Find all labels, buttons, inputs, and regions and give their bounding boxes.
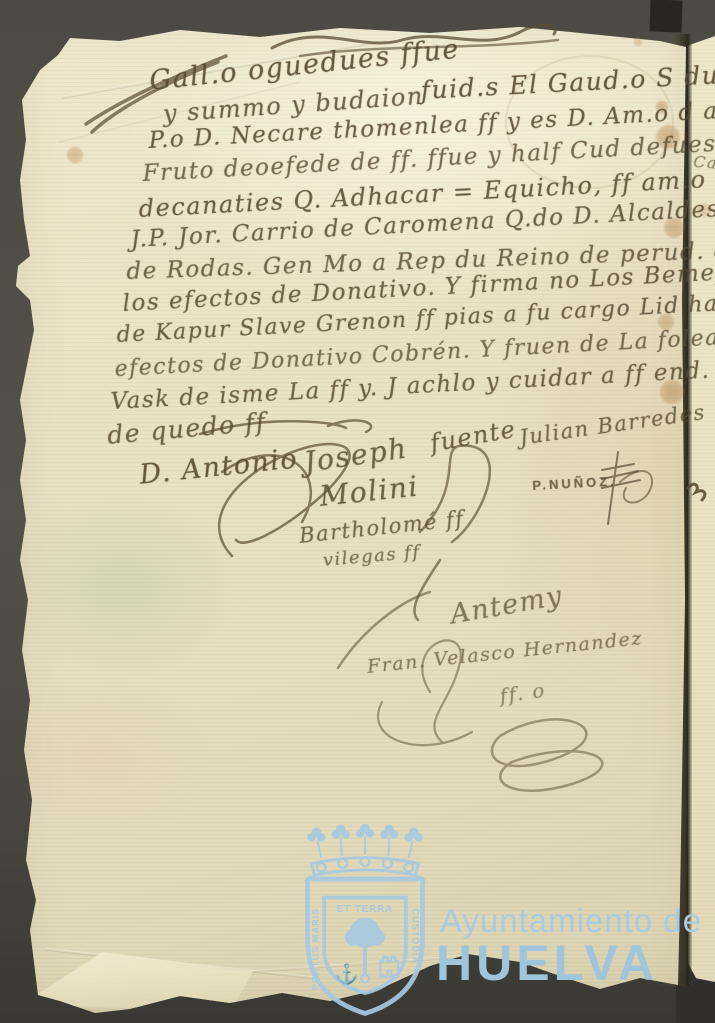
huelva-coat-of-arms: ET TERRA PORTUS MARIS CUSTODIA ⚓ xyxy=(292,822,438,1018)
paper-stain xyxy=(633,37,643,47)
shield-right-motto: CUSTODIA xyxy=(411,908,421,964)
archive-photo: Gall.o oguedues ffuey summo y budaionfui… xyxy=(0,0,715,1023)
background-shadow-wedge xyxy=(649,0,682,33)
watermark-org-line2: HUELVA xyxy=(436,934,658,992)
crown-icon xyxy=(308,825,422,876)
handwriting-text: Ca xyxy=(693,152,715,173)
paper-stain xyxy=(66,146,84,164)
shield-top-motto: ET TERRA xyxy=(337,904,393,915)
folded-corner-highlight xyxy=(38,938,253,1008)
anchor-icon: ⚓ xyxy=(335,962,359,985)
paper-crease xyxy=(46,948,315,979)
shield-left-motto: PORTUS MARIS xyxy=(310,908,320,990)
